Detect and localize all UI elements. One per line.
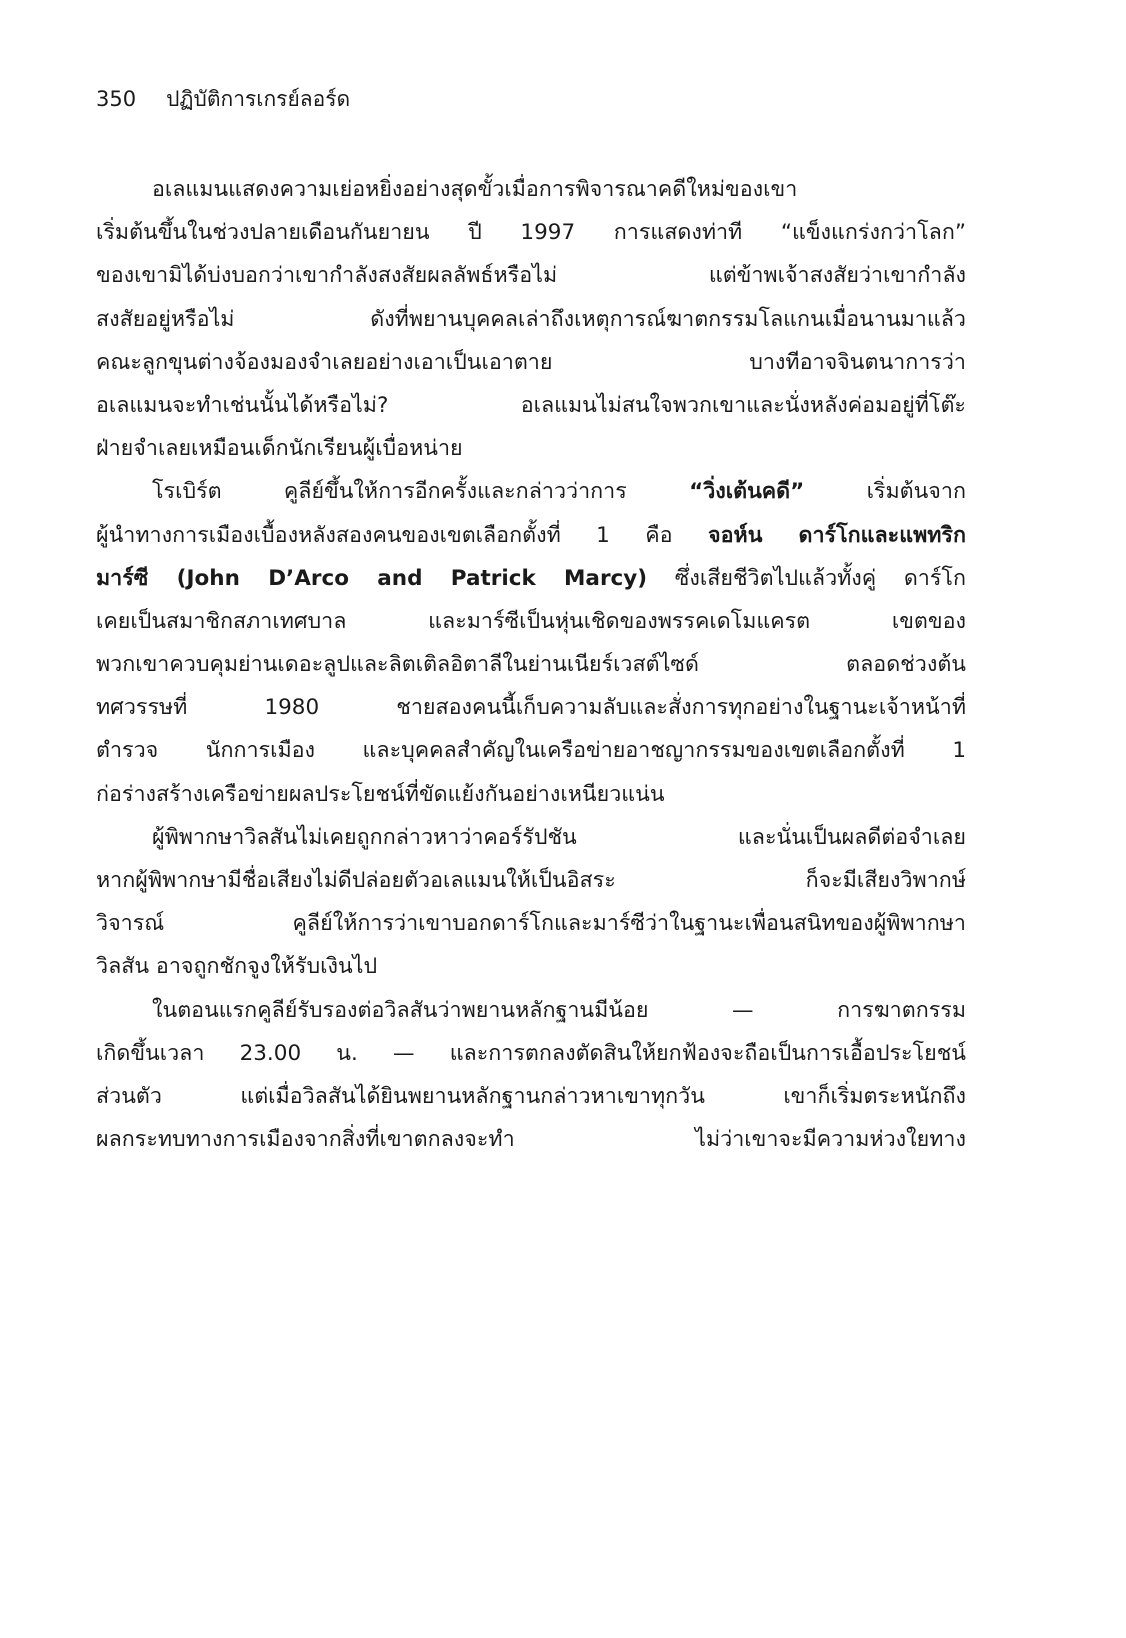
text-run: อเลแมนจะทำเช่นนั้นได้หรือไม่? อเลแมนไม่ส… (96, 393, 966, 418)
text-run: เริ่มต้นขึ้นในช่วงปลายเดือนกันยายน ปี 19… (96, 220, 966, 245)
text-run: วิจารณ์ คูลีย์ให้การว่าเขาบอกดาร์โกและมา… (96, 911, 966, 936)
text-run: เคยเป็นสมาชิกสภาเทศบาล และมาร์ซีเป็นหุ่น… (96, 609, 966, 634)
text-line: ของเขามิได้บ่งบอกว่าเขากำลังสงสัยผลลัพธ์… (96, 254, 966, 297)
bold-text: “วิ่งเต้นคดี” (689, 479, 804, 504)
text-run: ก่อร่างสร้างเครือข่ายผลประโยชน์ที่ขัดแย้… (96, 782, 665, 807)
text-line: วิจารณ์ คูลีย์ให้การว่าเขาบอกดาร์โกและมา… (96, 902, 966, 945)
text-line: ทศวรรษที่ 1980 ชายสองคนนี้เก็บความลับและ… (96, 686, 966, 729)
text-run: เกิดขึ้นเวลา 23.00 น. — และการตกลงตัดสิน… (96, 1041, 966, 1066)
text-run: อเลแมนแสดงความเย่อหยิ่งอย่างสุดขั้วเมื่อ… (152, 177, 797, 202)
paragraph: โรเบิร์ต คูลีย์ขึ้นให้การอีกครั้งและกล่า… (96, 470, 966, 816)
text-line: สงสัยอยู่หรือไม่ ดังที่พยานบุคคลเล่าถึงเ… (96, 298, 966, 341)
body-text: อเลแมนแสดงความเย่อหยิ่งอย่างสุดขั้วเมื่อ… (96, 168, 966, 1161)
text-run: ของเขามิได้บ่งบอกว่าเขากำลังสงสัยผลลัพธ์… (96, 263, 966, 288)
text-line: ผู้พิพากษาวิลสันไม่เคยถูกกล่าวหาว่าคอร์ร… (96, 816, 966, 859)
text-run: เริ่มต้นจาก (804, 479, 966, 504)
paragraph: ในตอนแรกคูลีย์รับรองต่อวิลสันว่าพยานหลัก… (96, 989, 966, 1162)
text-run: สงสัยอยู่หรือไม่ ดังที่พยานบุคคลเล่าถึงเ… (96, 307, 966, 332)
text-line: มาร์ซี (John D’Arco and Patrick Marcy) ซ… (96, 557, 966, 600)
text-run: วิลสัน อาจถูกชักจูงให้รับเงินไป (96, 954, 377, 979)
running-title: ปฏิบัติการเกรย์ลอร์ด (166, 87, 350, 111)
text-run: ตำรวจ นักการเมือง และบุคคลสำคัญในเครือข่… (96, 738, 966, 763)
text-run: ผู้นำทางการเมืองเบื้องหลังสองคนของเขตเลื… (96, 523, 708, 548)
text-line: ผู้นำทางการเมืองเบื้องหลังสองคนของเขตเลื… (96, 514, 966, 557)
bold-text: มาร์ซี (John D’Arco and Patrick Marcy) (96, 566, 647, 591)
text-run: ในตอนแรกคูลีย์รับรองต่อวิลสันว่าพยานหลัก… (152, 998, 966, 1023)
text-run: ผลกระทบทางการเมืองจากสิ่งที่เขาตกลงจะทำ … (96, 1127, 966, 1152)
text-line: อเลแมนแสดงความเย่อหยิ่งอย่างสุดขั้วเมื่อ… (96, 168, 966, 211)
text-line: ผลกระทบทางการเมืองจากสิ่งที่เขาตกลงจะทำ … (96, 1118, 966, 1161)
text-line: ส่วนตัว แต่เมื่อวิลสันได้ยินพยานหลักฐานก… (96, 1075, 966, 1118)
text-line: โรเบิร์ต คูลีย์ขึ้นให้การอีกครั้งและกล่า… (96, 470, 966, 513)
text-line: คณะลูกขุนต่างจ้องมองจำเลยอย่างเอาเป็นเอา… (96, 341, 966, 384)
text-line: วิลสัน อาจถูกชักจูงให้รับเงินไป (96, 945, 966, 988)
text-line: อเลแมนจะทำเช่นนั้นได้หรือไม่? อเลแมนไม่ส… (96, 384, 966, 427)
text-line: เกิดขึ้นเวลา 23.00 น. — และการตกลงตัดสิน… (96, 1032, 966, 1075)
paragraph: ผู้พิพากษาวิลสันไม่เคยถูกกล่าวหาว่าคอร์ร… (96, 816, 966, 989)
text-line: ก่อร่างสร้างเครือข่ายผลประโยชน์ที่ขัดแย้… (96, 773, 966, 816)
paragraph: อเลแมนแสดงความเย่อหยิ่งอย่างสุดขั้วเมื่อ… (96, 168, 966, 470)
text-run: หากผู้พิพากษามีชื่อเสียงไม่ดีปล่อยตัวอเล… (96, 868, 966, 893)
text-run: ซึ่งเสียชีวิตไปแล้วทั้งคู่ ดาร์โก (647, 566, 966, 591)
text-run: โรเบิร์ต คูลีย์ขึ้นให้การอีกครั้งและกล่า… (152, 479, 689, 504)
page-number: 350 (96, 84, 136, 114)
bold-text: จอห์น ดาร์โกและแพทริก (708, 523, 966, 548)
text-run: คณะลูกขุนต่างจ้องมองจำเลยอย่างเอาเป็นเอา… (96, 350, 966, 375)
text-run: ส่วนตัว แต่เมื่อวิลสันได้ยินพยานหลักฐานก… (96, 1084, 966, 1109)
text-line: เคยเป็นสมาชิกสภาเทศบาล และมาร์ซีเป็นหุ่น… (96, 600, 966, 643)
running-header: 350ปฏิบัติการเกรย์ลอร์ด (96, 84, 350, 114)
text-line: ในตอนแรกคูลีย์รับรองต่อวิลสันว่าพยานหลัก… (96, 989, 966, 1032)
text-line: ฝ่ายจำเลยเหมือนเด็กนักเรียนผู้เบื่อหน่าย (96, 427, 966, 470)
text-run: ผู้พิพากษาวิลสันไม่เคยถูกกล่าวหาว่าคอร์ร… (152, 825, 966, 850)
text-line: ตำรวจ นักการเมือง และบุคคลสำคัญในเครือข่… (96, 729, 966, 772)
text-line: พวกเขาควบคุมย่านเดอะลูปและลิตเติลอิตาลีใ… (96, 643, 966, 686)
text-line: หากผู้พิพากษามีชื่อเสียงไม่ดีปล่อยตัวอเล… (96, 859, 966, 902)
text-run: ทศวรรษที่ 1980 ชายสองคนนี้เก็บความลับและ… (96, 695, 966, 720)
text-run: พวกเขาควบคุมย่านเดอะลูปและลิตเติลอิตาลีใ… (96, 652, 966, 677)
text-run: ฝ่ายจำเลยเหมือนเด็กนักเรียนผู้เบื่อหน่าย (96, 436, 463, 461)
text-line: เริ่มต้นขึ้นในช่วงปลายเดือนกันยายน ปี 19… (96, 211, 966, 254)
